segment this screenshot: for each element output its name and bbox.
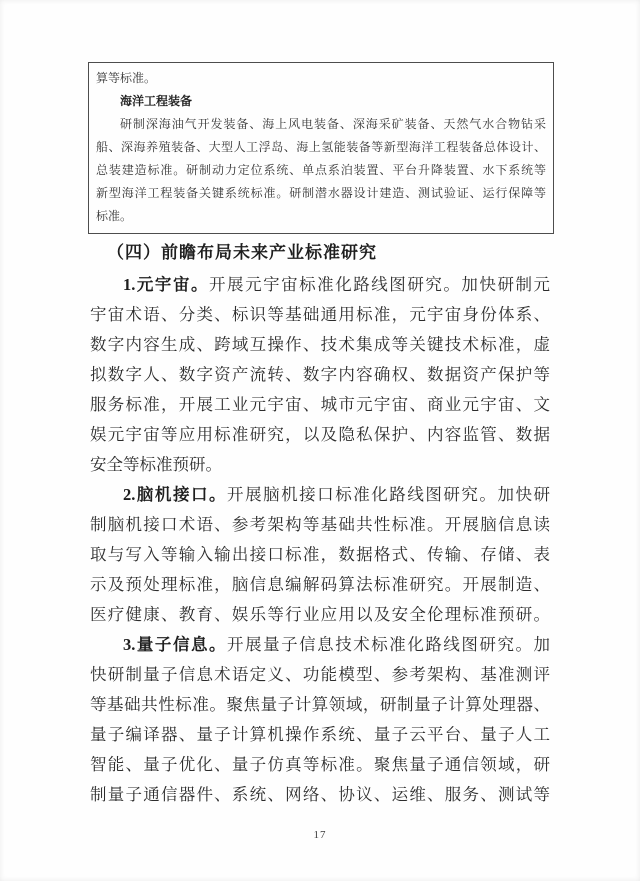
- text-line: 制脑机接口术语、参考架构等基础共性标准。开展脑信息读: [90, 510, 550, 540]
- text-line: 制量子通信器件、系统、网络、协议、运维、服务、测试等: [90, 780, 550, 810]
- text-line: 娱元宇宙等应用标准研究，以及隐私保护、内容监管、数据: [90, 420, 550, 450]
- text-line: 总装建造标准。研制动力定位系统、单点系泊装置、平台升降装置、水下系统等: [96, 159, 546, 182]
- marine-equipment-notice-box: 算等标准。海洋工程装备研制深海油气开发装备、海上风电装备、深海采矿装备、天然气水…: [88, 62, 554, 234]
- paragraph-lead: 3.量子信息。: [123, 635, 227, 654]
- text-line: 取与写入等输入输出接口标准，数据格式、传输、存储、表: [90, 540, 550, 570]
- text-line: 3.量子信息。开展量子信息技术标准化路线图研究。加: [90, 630, 550, 660]
- text-line: 量子编译器、量子计算机操作系统、量子云平台、量子人工: [90, 720, 550, 750]
- text-line: 标准。: [96, 205, 546, 228]
- paragraph-lead: 1.元宇宙。: [123, 275, 209, 294]
- document-page: 算等标准。海洋工程装备研制深海油气开发装备、海上风电装备、深海采矿装备、天然气水…: [0, 0, 640, 881]
- body-text: 1.元宇宙。开展元宇宙标准化路线图研究。加快研制元宇宙术语、分类、标识等基础通用…: [90, 270, 550, 810]
- paragraph-lead: 2.脑机接口。: [123, 485, 227, 504]
- text-line: 服务标准，开展工业元宇宙、城市元宇宙、商业元宇宙、文: [90, 390, 550, 420]
- text-line: 2.脑机接口。开展脑机接口标准化路线图研究。加快研: [90, 480, 550, 510]
- text-line: 研制深海油气开发装备、海上风电装备、深海采矿装备、天然气水合物钻采: [96, 113, 546, 136]
- text-line: 等基础共性标准。聚焦量子计算领域，研制量子计算处理器、: [90, 690, 550, 720]
- page-number: 17: [0, 829, 640, 841]
- text-line: 船、深海养殖装备、大型人工浮岛、海上氢能装备等新型海洋工程装备总体设计、: [96, 136, 546, 159]
- text-line: 海洋工程装备: [96, 90, 546, 113]
- text-line: 宇宙术语、分类、标识等基础通用标准，元宇宙身份体系、: [90, 300, 550, 330]
- text-line: 1.元宇宙。开展元宇宙标准化路线图研究。加快研制元: [90, 270, 550, 300]
- text-line: 拟数字人、数字资产流转、数字内容确权、数据资产保护等: [90, 360, 550, 390]
- text-line: 算等标准。: [96, 67, 546, 90]
- text-line: 数字内容生成、跨域互操作、技术集成等关键技术标准，虚: [90, 330, 550, 360]
- text-line: 快研制量子信息术语定义、功能模型、参考架构、基准测评: [90, 660, 550, 690]
- section-heading: （四）前瞻布局未来产业标准研究: [90, 238, 550, 268]
- text-line: 医疗健康、教育、娱乐等行业应用以及安全伦理标准预研。: [90, 600, 550, 630]
- text-line: 新型海洋工程装备关键系统标准。研制潜水器设计建造、测试验证、运行保障等: [96, 182, 546, 205]
- text-line: 示及预处理标准，脑信息编解码算法标准研究。开展制造、: [90, 570, 550, 600]
- text-line: 安全等标准预研。: [90, 450, 550, 480]
- text-line: 智能、量子优化、量子仿真等标准。聚焦量子通信领域，研: [90, 750, 550, 780]
